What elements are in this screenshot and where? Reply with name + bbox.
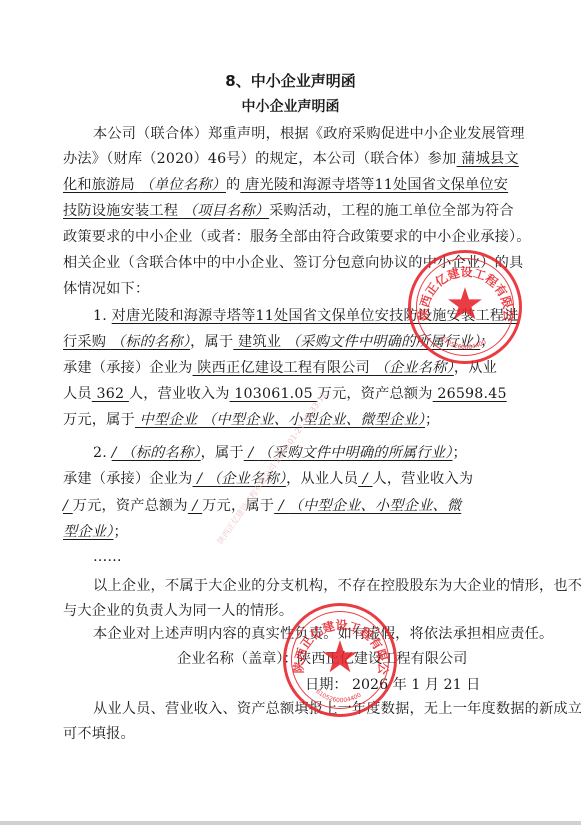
industry: / xyxy=(244,445,258,461)
text: 承建（承接）企业为 xyxy=(63,471,193,487)
text: ； xyxy=(113,524,127,540)
ellipsis: …… xyxy=(93,547,122,567)
text: 的 xyxy=(226,177,240,193)
subject-name: / xyxy=(112,445,122,461)
employee-count: 362 xyxy=(92,386,129,402)
svg-text:陕西正亿建设工程有限公司: 陕西正亿建设工程有限公司 xyxy=(411,253,515,322)
text: ，属于 xyxy=(190,334,233,350)
para1-line: 体情况如下： xyxy=(63,279,149,299)
company-seal: ★ 陕西正亿建设工程有限公司 6105260004400 xyxy=(408,250,522,364)
project-name-cont: 技防设施安装工程 xyxy=(63,203,183,219)
enterprise-name: / xyxy=(193,471,207,487)
svg-text:陕西正亿建设工程有限公司: 陕西正亿建设工程有限公司 xyxy=(286,606,390,675)
item1-line: 万元，属于 中型企业 （中型企业、小型企业、微型企业）； xyxy=(63,410,439,430)
buyer-name: 蒲城县文 xyxy=(457,151,519,167)
para1-line: 政策要求的中小企业（或者：服务全部由符合政策要求的中小企业承接）。 xyxy=(63,227,531,247)
employee-count: / xyxy=(358,471,372,487)
total-assets: 26598.45 xyxy=(433,386,507,402)
section-title: 8、中小企业声明函 xyxy=(0,70,581,91)
company-seal: ★ 陕西正亿建设工程有限公司 6105260004400 xyxy=(283,603,397,717)
enterprise-size: 中型企业 xyxy=(135,412,202,428)
text: 万元，资产总额为 xyxy=(73,498,188,514)
svg-text:6105260004400: 6105260004400 xyxy=(439,335,487,351)
buyer-name-cont: 化和旅游局 xyxy=(63,177,140,193)
svg-text:6105260004400: 6105260004400 xyxy=(314,688,362,704)
text: 人，营业收入为 xyxy=(129,386,230,402)
hint-cont: 型企业） xyxy=(63,524,113,540)
hint: （企业名称） xyxy=(375,360,454,376)
industry: 建筑业 xyxy=(233,334,286,350)
text: 办法》（财库（2020）46号）的规定，本公司（联合体）参加 xyxy=(63,151,457,167)
subject-name-cont: 行采购 xyxy=(63,334,111,350)
text: ； xyxy=(453,445,467,461)
text: 人，营业收入为 xyxy=(373,471,474,487)
signature-label: 企业名称（盖章）： xyxy=(177,648,298,668)
para1-line: 办法》（财库（2020）46号）的规定，本公司（联合体）参加 蒲城县文 xyxy=(63,149,519,169)
hint: （中型企业、小型企业、微 xyxy=(289,498,462,514)
text: 承建（承接）企业为 xyxy=(63,360,193,376)
enterprise-name: 陕西正亿建设工程有限公司 xyxy=(193,360,375,376)
total-assets: / xyxy=(188,498,202,514)
enterprise-size: / xyxy=(274,498,288,514)
project-name: 唐光陵和海源寺塔等11处国省文保单位安 xyxy=(240,177,508,193)
item2-line: 型企业）； xyxy=(63,522,128,542)
hint: （单位名称） xyxy=(140,177,226,193)
hint: （项目名称） xyxy=(183,203,269,219)
document-page: 8、中小企业声明函 中小企业声明函 本公司（联合体）郑重声明，根据《政府采购促进… xyxy=(0,0,581,820)
document-title: 中小企业声明函 xyxy=(0,96,581,116)
page-bottom-edge xyxy=(0,821,581,825)
para1-line: 技防设施安装工程 （项目名称）采购活动，工程的施工单位全部为符合 xyxy=(63,201,514,221)
item1-line: 承建（承接）企业为 陕西正亿建设工程有限公司 （企业名称），从业 xyxy=(63,358,497,378)
item-number: 1. xyxy=(93,308,112,324)
item2-line: / 万元，资产总额为 / 万元，属于 / （中型企业、小型企业、微 xyxy=(63,496,461,516)
text: 万元，资产总额为 xyxy=(318,386,433,402)
text: 万元，属于 xyxy=(63,412,135,428)
hint: （标的名称） xyxy=(111,334,190,350)
seal-text-arc: 陕西正亿建设工程有限公司 6105260004400 xyxy=(286,606,394,714)
item1-line: 人员 362 人，营业收入为 103061.05 万元，资产总额为 26598.… xyxy=(63,384,507,404)
revenue-cont: / xyxy=(63,498,73,514)
para2-line: 以上企业，不属于大企业的分支机构，不存在控股股东为大企业的情形，也不存在 xyxy=(93,576,581,596)
text: ，从业人员 xyxy=(286,471,358,487)
seal-text-arc: 陕西正亿建设工程有限公司 6105260004400 xyxy=(411,253,519,361)
item-number: 2. xyxy=(93,445,112,461)
text: ，属于 xyxy=(201,445,244,461)
hint: （标的名称） xyxy=(121,445,200,461)
text: ； xyxy=(425,412,439,428)
text: 采购活动，工程的施工单位全部为符合 xyxy=(269,203,514,219)
note-line: 可不填报。 xyxy=(63,724,135,744)
revenue: 103061.05 xyxy=(230,386,318,402)
para2-line: 与大企业的负责人为同一人的情形。 xyxy=(63,601,293,621)
para1-line: 本公司（联合体）郑重声明，根据《政府采购促进中小企业发展管理 xyxy=(93,124,525,144)
text: 人员 xyxy=(63,386,92,402)
para1-line: 化和旅游局 （单位名称）的 唐光陵和海源寺塔等11处国省文保单位安 xyxy=(63,175,508,195)
